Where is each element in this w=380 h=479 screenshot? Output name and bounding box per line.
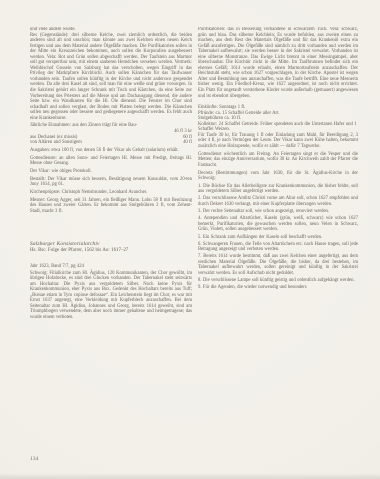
- record-notes: Ausgaben: etwa 100 fl, von denen 56 fl d…: [30, 148, 192, 214]
- section-title: Salzburger Konsistorialarchiv: [30, 241, 192, 247]
- source-citation: Jahr 1623, Band 7/7, pg 424: [30, 264, 192, 270]
- note-paragraph: Ausgaben: etwa 100 fl, von denen 56 fl d…: [30, 148, 192, 154]
- income-row: von Altären und Sonstigem40 fl: [30, 140, 192, 146]
- decreta-item: 9. Für die Agenden, die wieder notwendig…: [198, 285, 358, 291]
- note-paragraph: Kirchenpröpste: Christoph Nemsbrunder, L…: [30, 190, 192, 196]
- decreta-item: 2. Das verschlissene Antlitz Christi vor…: [198, 196, 358, 207]
- scanned-book-page: und viele andere wurde. Res (Gegenstände…: [0, 0, 380, 479]
- decreta-list: 1. Die Büchse für das Allerheiligste zur…: [198, 184, 358, 291]
- section-subtitle: Hs. Bsc. Folge der Pfarrer, 1562 bis Ao:…: [30, 248, 192, 254]
- decreta-item: 7. Bereits 1614 wurde bestimmt, daß aus …: [198, 254, 358, 276]
- income-block: Einkünfte: Sonntags 1 fl. Pfründe: ca. 1…: [198, 105, 358, 133]
- note-paragraph: Der Vikar: wie obiges Protokoll.: [30, 169, 192, 175]
- service-paragraph: Gottesdienst wöchentlich am Freitag. An …: [198, 152, 358, 169]
- page-number: 134: [30, 456, 38, 462]
- service-paragraph: Für Taufe 30 kr, für Trauung 1 fl oder E…: [198, 133, 358, 150]
- note-paragraph: Mesner: Georg Agger, seit 31 Jahren, ein…: [30, 198, 192, 215]
- income-label: von Altären und Sonstigem: [30, 140, 82, 146]
- income-amount: 40 fl: [179, 140, 192, 146]
- paragraph-inventory: Res (Gegenstände): drei silberne Kelche,…: [30, 33, 192, 122]
- decreta-item: 1. Die Büchse für das Allerheiligste zur…: [198, 184, 358, 195]
- decreta-item: 6. Schwangeren Frauen, die Teile von Alt…: [198, 242, 358, 253]
- left-column: und viele andere wurde. Res (Gegenstände…: [30, 27, 192, 463]
- scan-bottom-edge: [0, 473, 380, 479]
- income-list: Jährliche Einnahmen: aus den Zinsen träg…: [30, 123, 192, 145]
- decreta-item: 5. Ein Schrank zum Aufhängen der Kaseln …: [198, 235, 358, 241]
- paragraph-paramente: Purifikatorien: das in Besserung vorhand…: [198, 27, 358, 99]
- note-paragraph: Bestallt: Der Vikar müsse sich bessern, …: [30, 177, 192, 188]
- text-columns: und viele andere wurde. Res (Gegenstände…: [30, 27, 358, 463]
- service-paragraphs: Für Taufe 30 kr, für Trauung 1 fl oder E…: [198, 133, 358, 168]
- income-line: Kollektur: 24 Schaffel Getreide. Früher …: [198, 122, 358, 133]
- right-column: Purifikatorien: das in Besserung vorhand…: [198, 27, 358, 463]
- decreta-item: 8. Die verschlissene Lampe soll künftig …: [198, 278, 358, 284]
- decreta-intro: Decreta (Bestimmungen) vom Jahr 1630, fü…: [198, 171, 358, 182]
- income-rows: 46 fl 3 kr aus Dechanei (ex missis)60 fl…: [30, 129, 192, 146]
- decreta-item: 4. Antependien und Altartücher, Kaseln (…: [198, 216, 358, 233]
- decreta-item: 3. Der rechte Seitenaltar soll, wie scho…: [198, 209, 358, 215]
- paragraph-schwoig: Schwoig: Filialkirche zum Hl. Ägidius, 1…: [30, 271, 192, 321]
- note-paragraph: Gottesdienste: an allen Sonn- und Feiert…: [30, 156, 192, 167]
